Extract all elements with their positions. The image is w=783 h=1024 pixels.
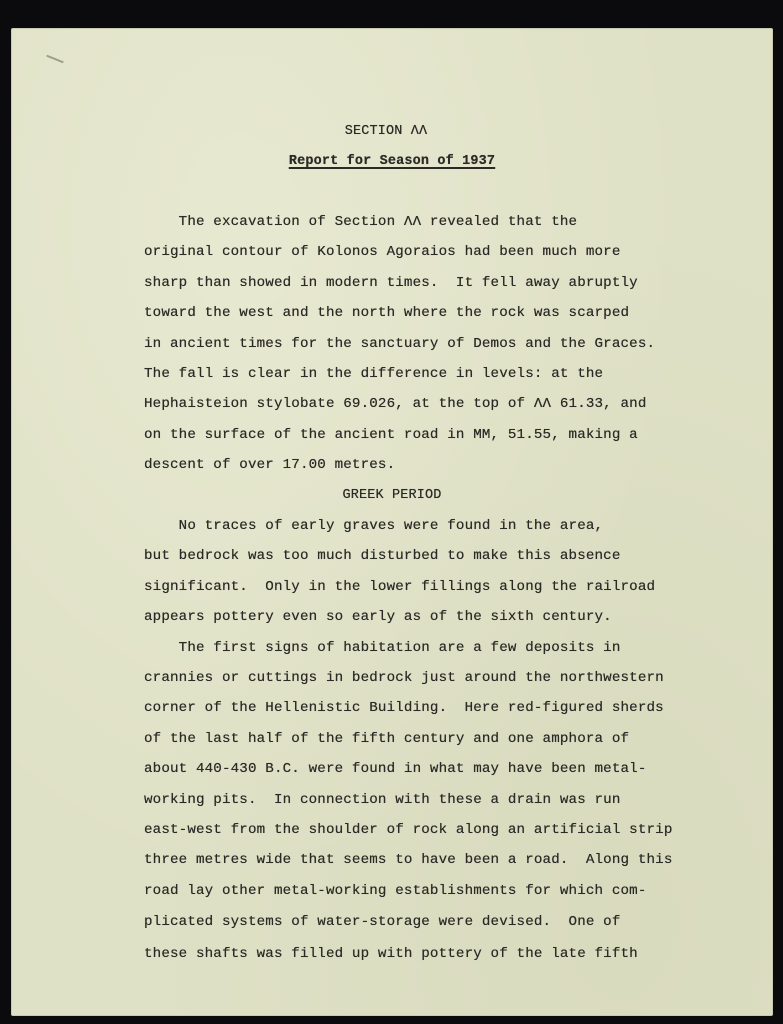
section-title: GREEK PERIOD — [11, 488, 773, 503]
paragraph-1-line: on the surface of the ancient road in MM… — [144, 427, 638, 443]
paragraph-3-line: about 440-430 B.C. were found in what ma… — [144, 761, 647, 777]
pencil-mark — [46, 55, 63, 64]
paragraph-2-line: but bedrock was too much disturbed to ma… — [144, 548, 621, 564]
paragraph-1-line: The fall is clear in the difference in l… — [144, 366, 603, 382]
paragraph-3-line: working pits. In connection with these a… — [144, 792, 621, 808]
paragraph-1-line: sharp than showed in modern times. It fe… — [144, 275, 638, 291]
paragraph-1-line: in ancient times for the sanctuary of De… — [144, 336, 655, 352]
paragraph-3-line: corner of the Hellenistic Building. Here… — [144, 700, 664, 716]
subheading-text: Report for Season of 1937 — [289, 154, 495, 169]
paragraph-3-line: east-west from the shoulder of rock alon… — [144, 822, 673, 838]
paragraph-3-line: three metres wide that seems to have bee… — [144, 852, 673, 868]
typewritten-page: SECTION ΛΛ Report for Season of 1937 The… — [11, 28, 773, 1016]
paragraph-1-line: descent of over 17.00 metres. — [144, 457, 395, 473]
paragraph-3-line: of the last half of the fifth century an… — [144, 731, 629, 747]
paragraph-1-line: toward the west and the north where the … — [144, 305, 629, 321]
paragraph-1-line: The excavation of Section ΛΛ revealed th… — [144, 214, 577, 230]
paragraph-2-line: significant. Only in the lower fillings … — [144, 579, 655, 595]
paragraph-1-line: Hephaisteion stylobate 69.026, at the to… — [144, 396, 647, 412]
paragraph-3-line: plicated systems of water-storage were d… — [144, 914, 621, 930]
document-heading: SECTION ΛΛ — [5, 124, 767, 139]
document-subheading: Report for Season of 1937 — [11, 154, 773, 169]
paragraph-3-line: these shafts was filled up with pottery … — [144, 946, 638, 962]
paragraph-1-line: original contour of Kolonos Agoraios had… — [144, 244, 621, 260]
paragraph-3-line: road lay other metal-working establishme… — [144, 883, 647, 899]
paragraph-3-line: crannies or cuttings in bedrock just aro… — [144, 670, 664, 686]
paragraph-2-line: No traces of early graves were found in … — [144, 518, 603, 534]
paragraph-2-line: appears pottery even so early as of the … — [144, 609, 612, 625]
paragraph-3-line: The first signs of habitation are a few … — [144, 640, 621, 656]
